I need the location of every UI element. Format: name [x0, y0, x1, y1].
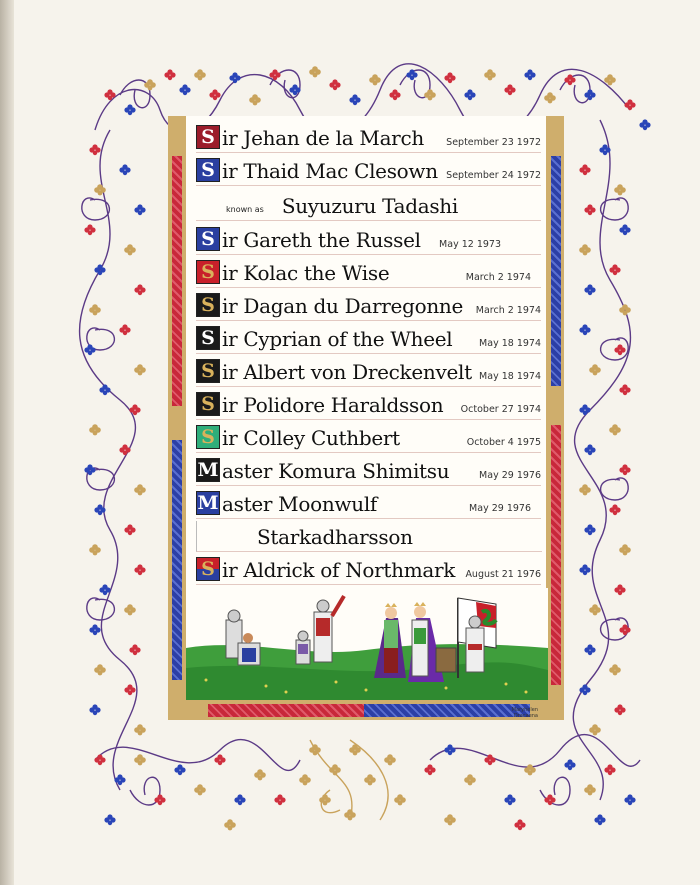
- entry-name: aster Moonwulf: [222, 492, 377, 516]
- red-bar-left-upper: [172, 156, 182, 406]
- initial-letter: S: [196, 557, 220, 581]
- initial-letter: S: [196, 326, 220, 350]
- entry-11-continuation: Starkadharsson: [196, 521, 542, 552]
- entry-date: October 4 1975: [467, 437, 541, 448]
- entry-9: S ir Colley Cuthbert October 4 1975: [196, 422, 541, 453]
- kneeling-squire: [296, 631, 310, 664]
- initial-letter: S: [196, 158, 220, 182]
- entry-date: March 2 1974: [476, 305, 541, 316]
- entry-name: ir Jehan de la March: [222, 126, 424, 150]
- blue-bar-left-lower: [172, 440, 182, 680]
- entry-date: September 24 1972: [446, 170, 541, 181]
- entry-date: August 21 1976: [465, 569, 541, 580]
- blue-bar-right-upper: [551, 156, 561, 386]
- entry-date: March 2 1974: [466, 272, 531, 283]
- artist-signature: Maryhelen Dracaena: [488, 707, 538, 719]
- entry-date: September 23 1972: [446, 137, 541, 148]
- entry-2-alias: known as Suyuzuru Tadashi: [196, 190, 541, 221]
- entry-10: M aster Komura Shimitsu May 29 1976: [196, 455, 541, 486]
- known-as-label: known as: [226, 205, 264, 214]
- initial-letter: S: [196, 260, 220, 284]
- wooden-chest: [436, 648, 456, 672]
- entry-name: ir Colley Cuthbert: [222, 426, 400, 450]
- entry-name: ir Kolac the Wise: [222, 261, 389, 285]
- knighting-scene-illustration: [186, 588, 548, 700]
- initial-letter: S: [196, 293, 220, 317]
- entry-date: May 29 1976: [479, 470, 541, 481]
- entry-name: ir Thaid Mac Clesown: [222, 159, 438, 183]
- entry-2: S ir Thaid Mac Clesown September 24 1972: [196, 155, 541, 186]
- red-bar-right-lower: [551, 425, 561, 685]
- entry-8: S ir Polidore Haraldsson October 27 1974: [196, 389, 541, 420]
- entry-6: S ir Cyprian of the Wheel May 18 1974: [196, 323, 541, 354]
- initial-letter: S: [196, 359, 220, 383]
- entry-name: ir Gareth the Russel: [222, 228, 421, 252]
- entry-name: ir Aldrick of Northmark: [222, 558, 455, 582]
- kneeling-knights-group: [226, 610, 260, 665]
- entry-3: S ir Gareth the Russel May 12 1973: [196, 224, 541, 255]
- entry-name: Starkadharsson: [257, 525, 413, 549]
- entry-5: S ir Dagan du Darregonne March 2 1974: [196, 290, 541, 321]
- entry-name: ir Dagan du Darregonne: [222, 294, 463, 318]
- entry-date: May 18 1974: [479, 338, 541, 349]
- entry-date: October 27 1974: [461, 404, 541, 415]
- initial-letter: S: [196, 392, 220, 416]
- entry-name: Suyuzuru Tadashi: [282, 194, 458, 218]
- queen-figure: [374, 603, 406, 678]
- entry-4: S ir Kolac the Wise March 2 1974: [196, 257, 541, 288]
- entry-12: S ir Aldrick of Northmark August 21 1976: [196, 554, 541, 585]
- initial-letter: S: [196, 227, 220, 251]
- red-bar-bottom: [208, 704, 364, 717]
- initial-letter: S: [196, 425, 220, 449]
- entry-date: May 18 1974: [479, 371, 541, 382]
- entry-7: S ir Albert von Dreckenvelt May 18 1974: [196, 356, 541, 387]
- entry-name: ir Polidore Haraldsson: [222, 393, 443, 417]
- initial-letter: M: [196, 491, 220, 515]
- scene-drawing: [186, 588, 548, 700]
- entry-name: aster Komura Shimitsu: [222, 459, 449, 483]
- entry-11: M aster Moonwulf May 29 1976: [196, 488, 541, 519]
- entry-date: May 12 1973: [439, 239, 501, 250]
- entry-name: ir Cyprian of the Wheel: [222, 327, 452, 351]
- entry-name: ir Albert von Dreckenvelt: [222, 360, 472, 384]
- initial-letter: M: [196, 458, 220, 482]
- entry-date: May 29 1976: [469, 503, 531, 514]
- entry-1: S ir Jehan de la March September 23 1972: [196, 122, 541, 153]
- initial-letter: S: [196, 125, 220, 149]
